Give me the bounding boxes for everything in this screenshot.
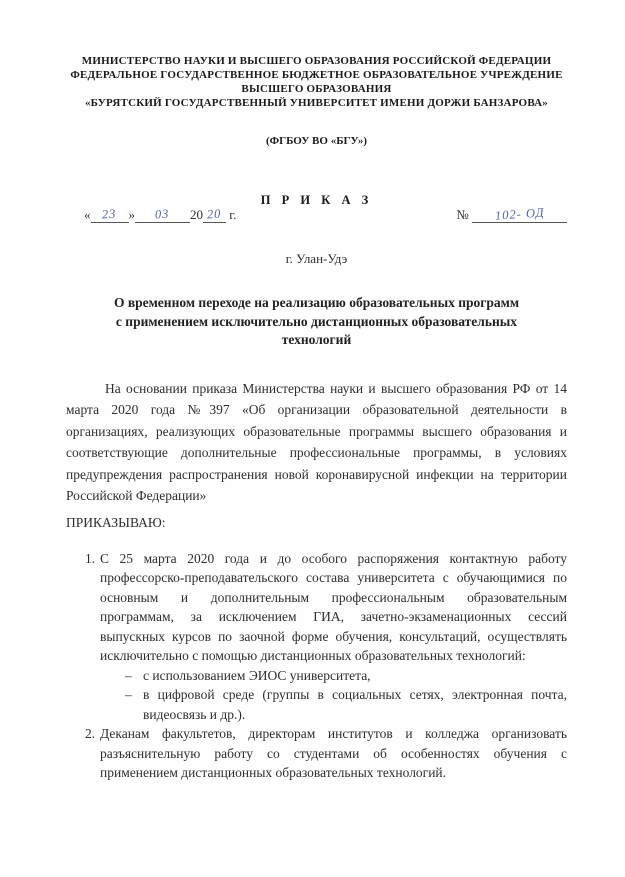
list-item-1-number: 1. [66,549,100,725]
org-header: МИНИСТЕРСТВО НАУКИ И ВЫСШЕГО ОБРАЗОВАНИЯ… [66,54,567,110]
sub-item-1: – с использованием ЭИОС университета, [125,666,567,686]
date-year-suffix: г. [229,207,236,222]
org-abbreviation: (ФГБОУ ВО «БГУ») [66,134,567,148]
sub-item-1-text: с использованием ЭИОС университета, [143,666,567,686]
date-month-blank: 03 [135,208,190,223]
sub-item-2-text: в цифровой среде (группы в социальных се… [143,685,567,724]
list-item-1-body: С 25 марта 2020 года и до особого распор… [100,549,567,725]
order-number: № 102- ОД [456,206,567,224]
date-day-blank: 23 [91,208,129,223]
org-header-line-2: ФЕДЕРАЛЬНОЕ ГОСУДАРСТВЕННОЕ БЮДЖЕТНОЕ ОБ… [66,68,567,82]
number-label: № [456,207,468,222]
org-header-line-4: «БУРЯТСКИЙ ГОСУДАРСТВЕННЫЙ УНИВЕРСИТЕТ И… [66,96,567,110]
city-line: г. Улан-Удэ [66,251,567,267]
number-blank: 102- ОД [472,208,567,223]
handwritten-month: 03 [155,208,170,222]
document-title-line-1: О временном переходе на реализацию образ… [66,294,567,313]
document-title-line-2: с применением исключительно дистанционны… [66,313,567,332]
org-header-line-1: МИНИСТЕРСТВО НАУКИ И ВЫСШЕГО ОБРАЗОВАНИЯ… [66,54,567,68]
handwritten-day: 23 [102,208,117,222]
document-title-line-3: технологий [66,331,567,350]
command-word: ПРИКАЗЫВАЮ: [66,512,567,533]
document-page: МИНИСТЕРСТВО НАУКИ И ВЫСШЕГО ОБРАЗОВАНИЯ… [0,0,625,877]
list-item-2-number: 2. [66,724,100,783]
list-item-2-text: Деканам факультетов, директорам институт… [100,724,567,783]
handwritten-year: 20 [207,208,222,222]
handwritten-number: 102- ОД [494,206,545,222]
document-title: О временном переходе на реализацию образ… [66,294,567,350]
intro-paragraph: На основании приказа Министерства науки … [66,378,567,507]
org-header-line-3: ВЫСШЕГО ОБРАЗОВАНИЯ [66,82,567,96]
date-year-printed: 20 [190,207,203,222]
sub-item-1-dash: – [125,666,143,686]
list-item-1: 1. С 25 марта 2020 года и до особого рас… [66,549,567,725]
order-date: «23»032020 г. [84,206,236,224]
list-item-1-text: С 25 марта 2020 года и до особого распор… [100,549,567,666]
date-number-row: «23»032020 г. № 102- ОД [66,206,567,224]
sub-item-2-dash: – [125,685,143,724]
sub-item-2: – в цифровой среде (группы в социальных … [125,685,567,724]
date-year-blank: 20 [203,208,226,223]
order-items: 1. С 25 марта 2020 года и до особого рас… [66,549,567,783]
list-item-2: 2. Деканам факультетов, директорам инсти… [66,724,567,783]
